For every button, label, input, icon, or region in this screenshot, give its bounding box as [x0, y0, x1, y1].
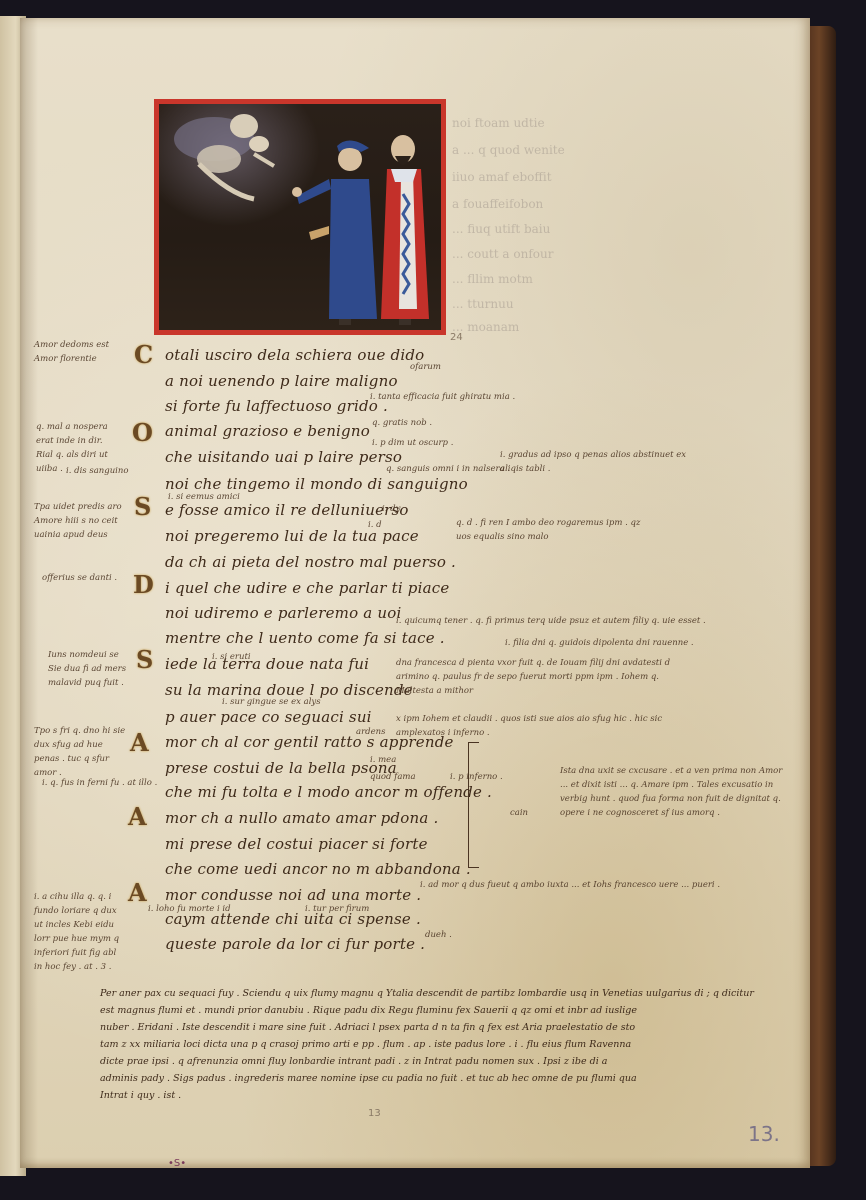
- left-margin-note: i. q. fus in ferni fu . at illo .: [42, 778, 157, 788]
- verse-line: p auer pace co seguaci sui: [165, 708, 372, 726]
- interlinear-gloss: i. tanta efficacia fuit ghiratu mia .: [370, 392, 515, 402]
- folio-number: 13.: [748, 1122, 780, 1146]
- ghost-line: ... fiuq utift baiu: [452, 222, 550, 236]
- ghost-line: a fouaffeifobon: [452, 197, 543, 211]
- left-margin-note: i. dis sanguino: [66, 466, 128, 476]
- footer-commentary: Per aner pax cu sequaci fuy . Sciendu q …: [100, 985, 790, 1104]
- interlinear-gloss: i. si eruti: [212, 652, 251, 662]
- verse-line: mor condusse noi ad una morte .: [165, 886, 421, 904]
- commentary-line: adminis pady . Sigs padus . ingrederis m…: [100, 1070, 790, 1087]
- verse-line: mi prese del costui piacer si forte: [165, 835, 428, 853]
- left-margin-note: Tpa uidet predis aro Amore hiii s no cei…: [34, 500, 130, 542]
- verse-line: iede la terra doue nata fui: [165, 655, 369, 673]
- verse-line: i quel che udire e che parlar ti piace: [165, 579, 449, 597]
- commentary-line: Intrat i quy . ist .: [100, 1087, 790, 1104]
- interlinear-gloss: dueh .: [425, 930, 452, 940]
- gloss-bracket: [468, 742, 479, 868]
- commentary-line: dicte prae ipsi . q afrenunzia omni fluy…: [100, 1053, 790, 1070]
- interlinear-gloss: i. sur gingue se ex alys: [222, 697, 321, 707]
- right-margin-note: i. ad mor q dus fueut q ambo iuxta ... e…: [420, 878, 780, 892]
- initial-letter: S: [136, 645, 153, 674]
- verse-line: mentre che l uento come fa si tace .: [165, 629, 445, 647]
- verse-line: a noi uenendo p laire maligno: [165, 372, 398, 390]
- interlinear-gloss: i. mea: [370, 755, 396, 765]
- verse-line: da ch ai pieta del nostro mal puerso .: [165, 553, 456, 571]
- ghost-line: iiuo amaf eboffit: [452, 170, 552, 184]
- commentary-line: est magnus flumi et . mundi prior danubi…: [100, 1002, 790, 1019]
- initial-letter: A: [128, 878, 147, 907]
- ghost-line: a ... q quod wenite: [452, 143, 565, 157]
- ghost-line: noi ftoam udtie: [452, 116, 545, 130]
- initial-letter: A: [128, 802, 147, 831]
- interlinear-gloss: i. dy: [382, 504, 400, 514]
- ghost-line: ... fllim motm: [452, 272, 533, 286]
- initial-letter: O: [132, 418, 153, 447]
- verse-line: otali usciro dela schiera oue dido: [165, 346, 424, 364]
- verse-line: che come uedi ancor no m abbandona .: [165, 860, 471, 878]
- verse-line: queste parole da lor ci fur porte .: [165, 935, 425, 953]
- initial-letter: A: [130, 728, 149, 757]
- initial-letter: C: [134, 340, 153, 369]
- right-margin-note: i. gradus ad ipso q penas alios abstinue…: [500, 448, 700, 476]
- interlinear-gloss: i. d: [368, 520, 382, 530]
- ghost-line: ... coutt a onfour: [452, 247, 553, 261]
- library-stamp: •S•: [168, 1158, 186, 1169]
- right-margin-note: i. quicumq tener . q. fi primus terq uid…: [396, 616, 706, 626]
- initial-letter: S: [134, 492, 151, 521]
- verse-line: che uisitando uai p laire perso: [165, 448, 402, 466]
- left-margin-note: i. a cihu illa q. q. i fundo loriare q d…: [34, 890, 124, 974]
- right-margin-note: q. d . fi ren I ambo deo rogaremus ipm .…: [456, 516, 656, 544]
- verse-line: mor ch a nullo amato amar pdona .: [165, 809, 438, 827]
- commentary-line: tam z xx miliaria loci dicta una p q cra…: [100, 1036, 790, 1053]
- interlinear-gloss: i. p dim ut oscurp .: [372, 438, 453, 448]
- verse-line: noi udiremo e parleremo a uoi: [165, 604, 402, 622]
- verse-line: noi che tingemo il mondo di sanguigno: [165, 475, 468, 493]
- left-margin-note: Amor dedoms est Amor florentie: [34, 338, 126, 366]
- commentary-line: nuber . Eridani . Iste descendit i mare …: [100, 1019, 790, 1036]
- initial-letter: D: [133, 570, 154, 599]
- right-margin-note: Ista dna uxit se cxcusare . et a ven pri…: [560, 764, 785, 820]
- interlinear-gloss: q. sanguis omni i in nalsera .: [386, 464, 510, 474]
- verse-line: si forte fu laffectuoso grido .: [165, 397, 388, 415]
- verse-line: che mi fu tolta e l modo ancor m offende…: [165, 783, 492, 801]
- ghost-line: ... moanam: [452, 320, 519, 334]
- right-margin-note: dna francesca d pienta vxor fuit q. de I…: [396, 656, 681, 698]
- ghost-line: ... tturnuu: [452, 297, 514, 311]
- right-margin-note: i. filia dni q. guidois dipolenta dni ra…: [505, 638, 694, 648]
- interlinear-gloss: i. loho fu morte i id: [148, 904, 231, 914]
- verse-line: animal grazioso e benigno: [165, 422, 370, 440]
- interlinear-gloss: q. gratis nob .: [372, 418, 432, 428]
- interlinear-gloss: ofarum: [410, 362, 441, 372]
- right-margin-note: cain: [510, 808, 528, 818]
- pencil-mark: 13: [368, 1108, 381, 1119]
- left-margin-note: offerius se danti .: [42, 573, 117, 583]
- left-margin-note: Tpo s fri q. dno hi sie dux sfug ad hue …: [34, 724, 126, 780]
- verse-line: prese costui de la bella psona: [165, 759, 397, 777]
- left-margin-note: Iuns nomdeui se Sie dua fi ad mers malav…: [48, 648, 128, 690]
- interlinear-gloss: quod fama: [370, 772, 416, 782]
- interlinear-gloss: i. si eemus amici: [168, 492, 240, 502]
- verse-line: e fosse amico il re delluniuerso: [165, 501, 409, 519]
- interlinear-gloss: i. tur per firum: [305, 904, 369, 914]
- interlinear-gloss: ardens: [356, 727, 385, 737]
- commentary-line: Per aner pax cu sequaci fuy . Sciendu q …: [100, 985, 790, 1002]
- right-margin-note: x ipm Iohem et claudii . quos isti sue a…: [396, 712, 666, 740]
